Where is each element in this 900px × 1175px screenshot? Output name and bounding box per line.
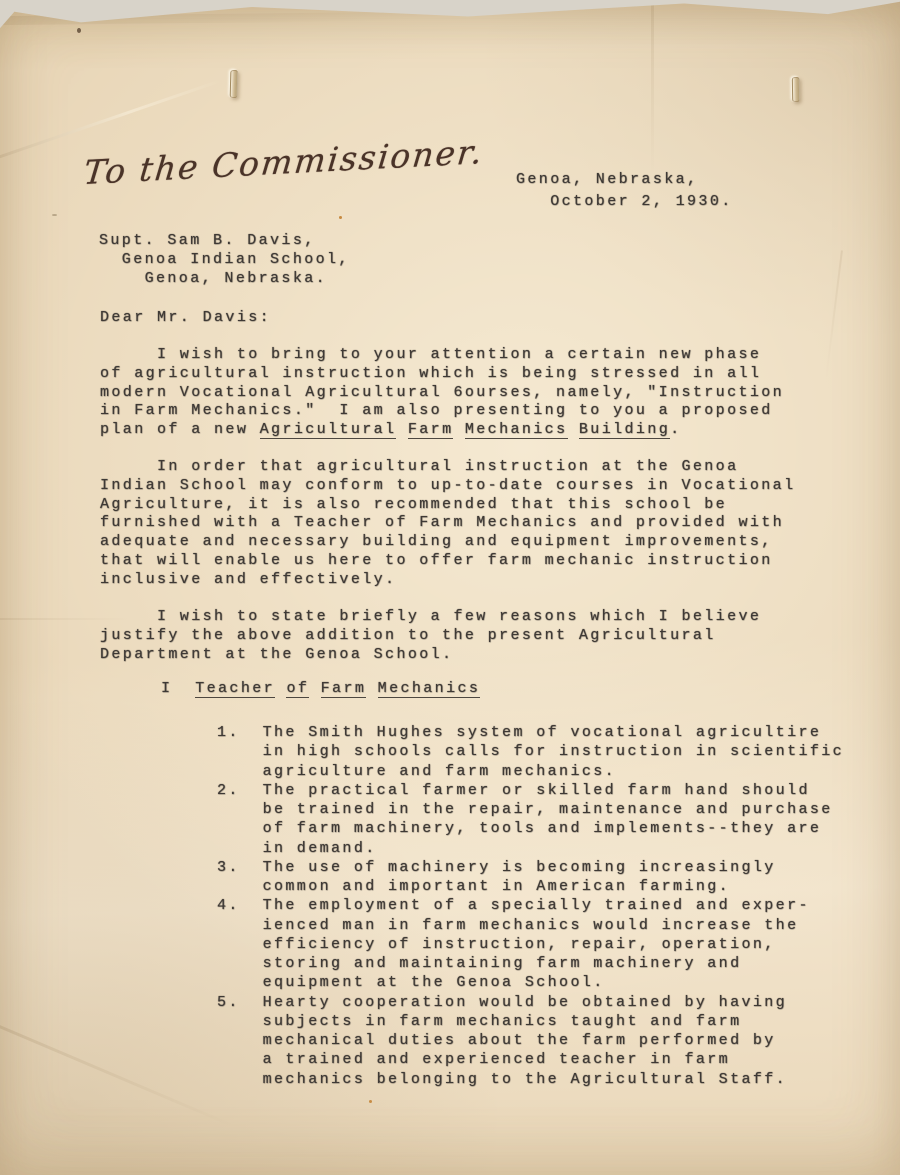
staple-mark-right: [792, 77, 800, 102]
dateline: Genoa, Nebraska, October 2, 1930.: [516, 169, 733, 213]
ink-speck: [339, 216, 342, 219]
text-line: subjects in farm mechanics taught and fa…: [217, 1012, 844, 1031]
handwritten-note: To the Commissioner.: [82, 132, 486, 192]
text-line: common and important in American farming…: [217, 877, 844, 896]
text-line: in high schools calls for instruction in…: [217, 742, 844, 761]
recipient-address: Supt. Sam B. Davis, Genoa Indian School,…: [99, 231, 350, 288]
text-line: in Farm Mechanics." I am also presenting…: [100, 402, 784, 421]
heading-spacer: [172, 680, 195, 697]
section-heading-title: Teacher of Farm Mechanics: [195, 680, 480, 698]
text-line: a trained and experienced teacher in far…: [217, 1050, 844, 1069]
text-line: efficiency of instruction, repair, opera…: [217, 935, 844, 954]
text-line: inclusive and effectively.: [100, 571, 796, 590]
text-line: that will enable us here to offer farm m…: [100, 552, 796, 571]
text-line: 1. The Smith Hughes system of vocational…: [217, 723, 844, 742]
section-heading: I Teacher of Farm Mechanics: [161, 680, 480, 699]
text-line: modern Vocational Agricultural 6ourses, …: [100, 384, 784, 403]
ink-speck: [52, 214, 57, 216]
letter-paper: To the Commissioner. Genoa, Nebraska, Oc…: [0, 0, 900, 1175]
salutation: Dear Mr. Davis:: [100, 309, 271, 328]
body-paragraph-2: In order that agricultural instruction a…: [100, 458, 796, 590]
text-line: Indian School may conform to up-to-date …: [100, 477, 796, 496]
text-line: be trained in the repair, maintenance an…: [217, 800, 844, 819]
text-line: ienced man in farm mechanics would incre…: [217, 916, 844, 935]
body-paragraph-3: I wish to state briefly a few reasons wh…: [100, 608, 761, 664]
staple-mark-left: [230, 70, 239, 98]
text-line: 4. The employment of a specially trained…: [217, 896, 844, 915]
text-line: 3. The use of machinery is becoming incr…: [217, 858, 844, 877]
text-line: Genoa, Nebraska.: [99, 269, 350, 288]
ink-speck: [77, 28, 81, 33]
paper-crease: [825, 250, 843, 379]
text-line: justify the above addition to the presen…: [100, 627, 761, 646]
text-line: mechanics belonging to the Agricultural …: [217, 1070, 844, 1089]
text-line: adequate and necessary building and equi…: [100, 533, 796, 552]
text-line: In order that agricultural instruction a…: [100, 458, 796, 477]
text-line: Department at the Genoa School.: [100, 646, 761, 665]
numbered-list: 1. The Smith Hughes system of vocational…: [217, 723, 844, 1089]
text-line: I wish to bring to your attention a cert…: [100, 346, 784, 365]
text-line: equipment at the Genoa School.: [217, 973, 844, 992]
text-line: furnished with a Teacher of Farm Mechani…: [100, 514, 796, 533]
paper-crease: [0, 10, 600, 25]
paper-crease: [651, 0, 654, 175]
text-line: storing and maintaining farm machinery a…: [217, 954, 844, 973]
text-line: 5. Hearty cooperation would be obtained …: [217, 993, 844, 1012]
text-line: October 2, 1930.: [516, 191, 733, 213]
text-line: Agriculture, it is also recommended that…: [100, 496, 796, 515]
text-line: in demand.: [217, 839, 844, 858]
text-line: Genoa Indian School,: [99, 250, 350, 269]
text-line: of agricultural instruction which is bei…: [100, 365, 784, 384]
text-line: mechanical duties about the farm perform…: [217, 1031, 844, 1050]
text-line: I wish to state briefly a few reasons wh…: [100, 608, 761, 627]
section-numeral: I: [161, 680, 172, 697]
body-paragraph-1: I wish to bring to your attention a cert…: [100, 346, 784, 440]
paper-crease: [0, 1019, 235, 1127]
ink-speck: [369, 1100, 372, 1103]
text-line: plan of a new Agricultural Farm Mechanic…: [100, 421, 784, 440]
text-line: Supt. Sam B. Davis,: [99, 231, 350, 250]
text-line: of farm machinery, tools and implements-…: [217, 819, 844, 838]
text-line: Genoa, Nebraska,: [516, 169, 733, 191]
text-line: agriculture and farm mechanics.: [217, 762, 844, 781]
text-line: 2. The practical farmer or skilled farm …: [217, 781, 844, 800]
